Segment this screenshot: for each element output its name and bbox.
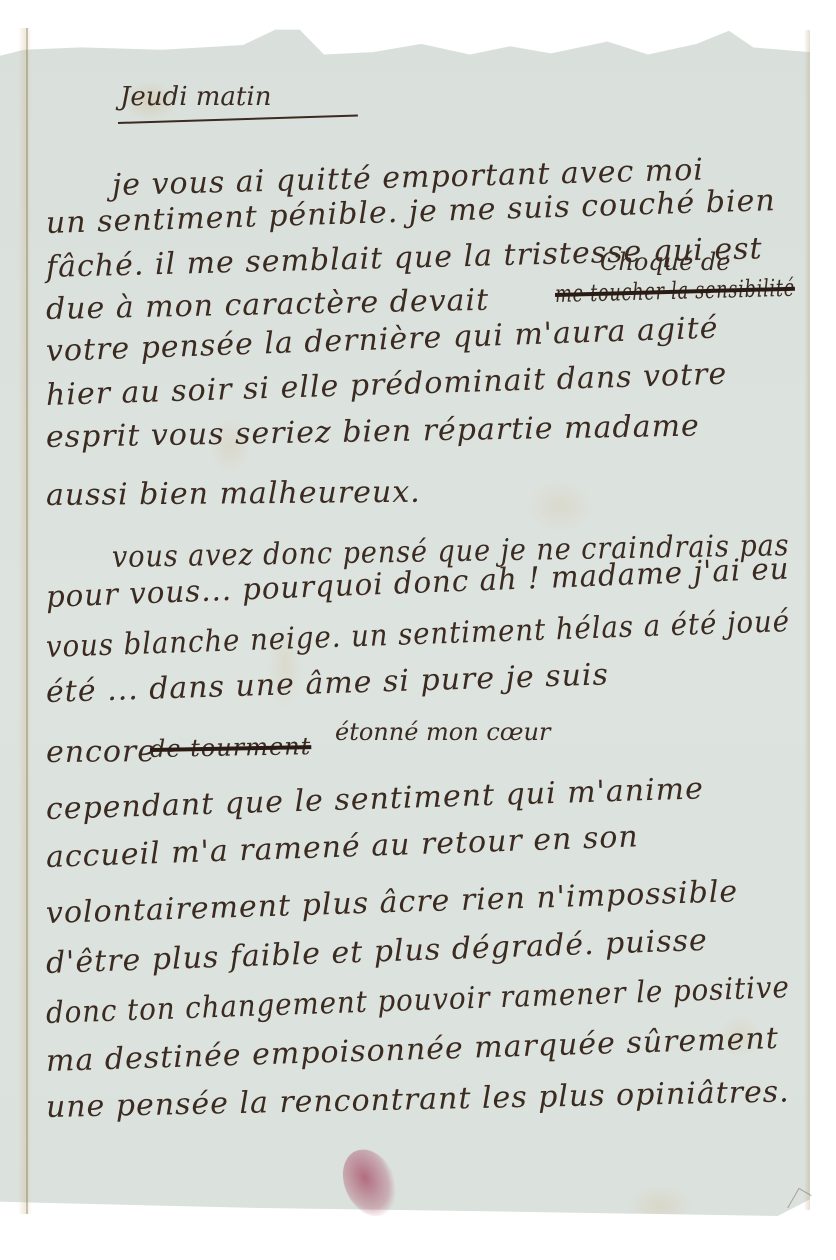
paper-fold-line xyxy=(26,28,28,1214)
letter-line: aussi bien malheureux. xyxy=(46,475,421,513)
letter-line: encore xyxy=(46,734,156,770)
letter-heading: Jeudi matin xyxy=(120,82,271,112)
inserted-word: Choqué de xyxy=(600,248,731,276)
paper-right-edge xyxy=(804,30,810,1210)
struck-word: de tourment xyxy=(150,732,312,763)
inserted-word: étonné mon cœur xyxy=(335,718,550,746)
paper-fold-shadow xyxy=(18,28,32,1214)
